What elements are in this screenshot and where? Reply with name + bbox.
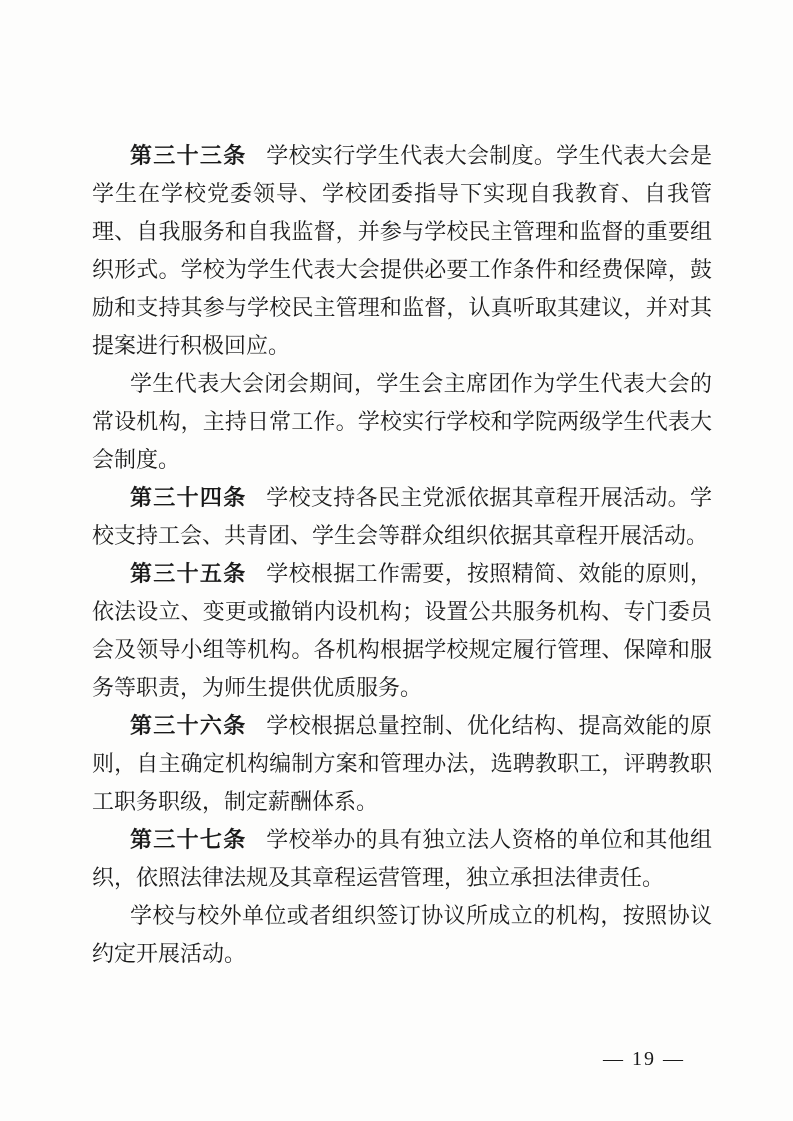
article-number: 第三十四条 xyxy=(130,485,247,510)
paragraph: 学校与校外单位或者组织签订协议所成立的机构，按照协议约定开展活动。 xyxy=(92,897,712,973)
paragraph: 第三十三条学校实行学生代表大会制度。学生代表大会是学生在学校党委领导、学校团委指… xyxy=(92,137,712,365)
paragraph: 学生代表大会闭会期间，学生会主席团作为学生代表大会的常设机构，主持日常工作。学校… xyxy=(92,365,712,479)
article-number: 第三十六条 xyxy=(130,713,247,738)
paragraph: 第三十四条学校支持各民主党派依据其章程开展活动。学校支持工会、共青团、学生会等群… xyxy=(92,479,712,555)
document-body: 第三十三条学校实行学生代表大会制度。学生代表大会是学生在学校党委领导、学校团委指… xyxy=(92,137,712,973)
article-number: 第三十七条 xyxy=(130,827,247,852)
document-page: 第三十三条学校实行学生代表大会制度。学生代表大会是学生在学校党委领导、学校团委指… xyxy=(0,0,793,1121)
page-number: — 19 — xyxy=(603,1048,685,1070)
page-footer: — 19 — xyxy=(575,1025,685,1094)
article-number: 第三十五条 xyxy=(130,561,247,586)
paragraph-text: 学生代表大会闭会期间，学生会主席团作为学生代表大会的常设机构，主持日常工作。学校… xyxy=(92,371,712,472)
paragraph-text: 学校与校外单位或者组织签订协议所成立的机构，按照协议约定开展活动。 xyxy=(92,903,712,966)
paragraph: 第三十六条学校根据总量控制、优化结构、提高效能的原则，自主确定机构编制方案和管理… xyxy=(92,707,712,821)
paragraph: 第三十七条学校举办的具有独立法人资格的单位和其他组织，依照法律法规及其章程运营管… xyxy=(92,821,712,897)
article-number: 第三十三条 xyxy=(130,143,247,168)
paragraph-text: 学校实行学生代表大会制度。学生代表大会是学生在学校党委领导、学校团委指导下实现自… xyxy=(92,143,712,358)
paragraph: 第三十五条学校根据工作需要，按照精简、效能的原则，依法设立、变更或撤销内设机构；… xyxy=(92,555,712,707)
